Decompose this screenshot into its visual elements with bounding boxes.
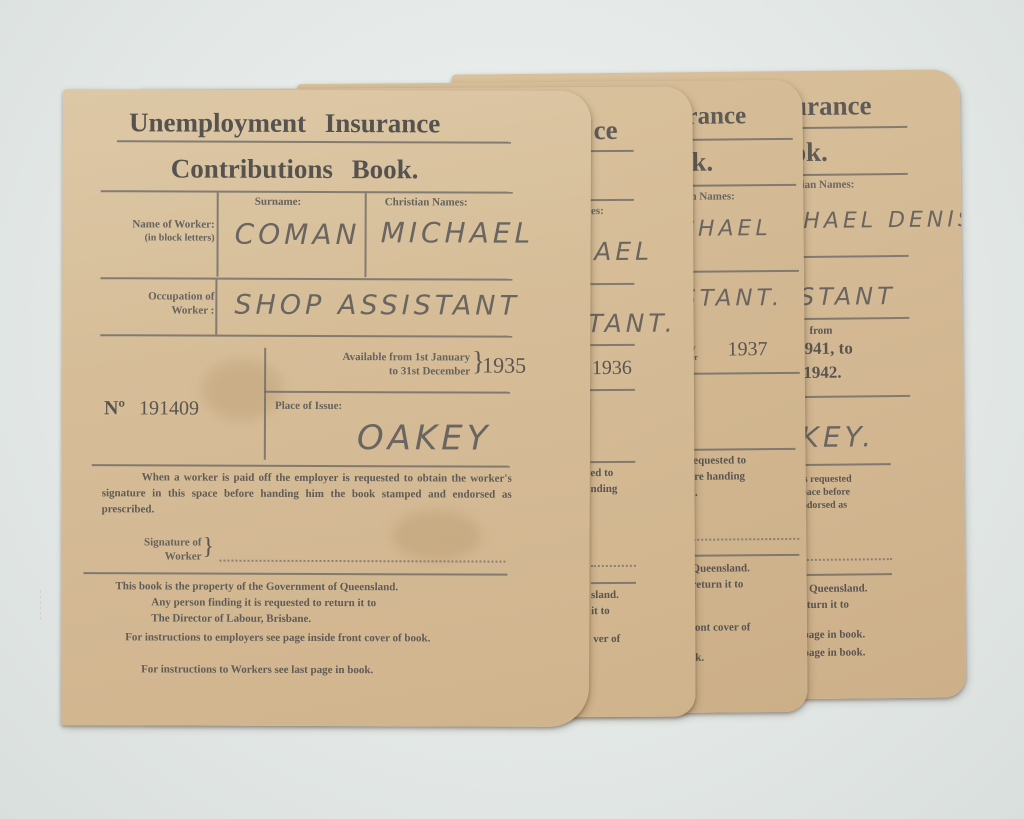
occupation-handwritten: TANT. (588, 309, 677, 338)
rule (685, 448, 795, 451)
rule (92, 464, 510, 467)
divider (216, 193, 218, 277)
available-year-fragment: 941, to (805, 338, 853, 359)
signature-line[interactable] (219, 560, 505, 563)
occupation-handwritten: STANT (799, 282, 896, 311)
title-fragment: ce (593, 115, 617, 146)
rule (790, 395, 910, 398)
rule (590, 344, 635, 346)
brace-icon: } (202, 534, 214, 561)
instructions-fragment: page in book. page in book. (803, 625, 866, 662)
notice-fragment: requested to ore handing d. (688, 452, 746, 501)
property-fragment: of Queensland. return it to (797, 580, 868, 613)
rule (792, 573, 892, 576)
notice-fragment: ed to nding (590, 465, 617, 497)
rule (590, 461, 635, 463)
rule (789, 317, 909, 320)
rule (100, 334, 512, 337)
rule (676, 184, 796, 187)
property-fragment: sland. it to (591, 587, 619, 619)
divider (264, 348, 266, 460)
available-fragment: from (809, 325, 832, 337)
place-of-issue-label: Place of Issue: (275, 400, 342, 412)
photo-scene: urance ok. tian Names: HAEL DENIS STANT … (0, 0, 1024, 819)
occupation-handwritten: SHOP ASSISTANT (234, 290, 520, 322)
rule (264, 391, 510, 394)
rule (589, 283, 634, 285)
year-1937: 1937 (727, 338, 767, 361)
rule (589, 150, 634, 152)
christian-names-handwritten: MICHAEL (381, 216, 535, 250)
signature-label: Signature of Worker (101, 535, 201, 563)
instructions-fragment: ver of (593, 633, 620, 645)
christian-names-handwritten: HAEL DENIS (803, 207, 966, 234)
property-fragment: Queensland. return it to (691, 560, 750, 593)
rule (101, 190, 513, 193)
title-line-2: Contributions Book. (171, 153, 419, 185)
title-line-1: Unemployment Insurance (129, 107, 440, 139)
year-1936: 1936 (592, 357, 632, 380)
divider (364, 193, 366, 277)
rule (591, 582, 636, 584)
contributions-book-1935: Unemployment Insurance Contributions Boo… (61, 89, 591, 727)
place-handwritten: KEY. (800, 420, 875, 454)
christian-names-label: Christian Names: (385, 196, 468, 208)
availability-label: Available from 1st January to 31st Decem… (272, 350, 470, 379)
employer-instructions: For instructions to employers see page i… (95, 629, 515, 646)
loose-binding-threads (40, 590, 59, 620)
rule (83, 572, 507, 575)
rule (787, 126, 907, 129)
rule (680, 372, 800, 375)
occupation-label: Occupation of Worker : (92, 289, 214, 317)
christian-names-label-fragment: es: (591, 205, 604, 217)
name-of-worker-label: Name of Worker: (in block letters) (93, 217, 215, 245)
divider (215, 280, 217, 335)
rule (791, 463, 891, 466)
title-fragment: urance (792, 90, 872, 122)
surname-label: Surname: (255, 196, 301, 208)
rule (679, 270, 799, 273)
title-rule (117, 140, 511, 143)
christian-names-label-fragment: tian Names: (798, 178, 855, 191)
signature-line (689, 538, 799, 541)
instructions-fragment: ont cover of k. (695, 612, 751, 672)
signature-line (591, 565, 636, 567)
surname-handwritten: COMAN (235, 218, 361, 251)
rule (100, 277, 512, 280)
rule (788, 173, 908, 176)
property-notice: This book is the property of the Governm… (115, 578, 515, 627)
notice-fragment: is requested pace before ndorsed as (801, 473, 852, 513)
serial-number: Nº191409 (104, 397, 199, 420)
rule (689, 554, 799, 557)
rule (789, 255, 909, 258)
rule (590, 389, 635, 391)
employer-notice: When a worker is paid off the employer i… (102, 469, 512, 518)
christian-names-handwritten: AEL (594, 237, 653, 266)
place-of-issue-handwritten: OAKEY (357, 418, 492, 458)
rule (589, 199, 634, 201)
signature-line (792, 558, 892, 561)
worker-instructions: For instructions to Workers see last pag… (141, 661, 521, 678)
water-stain (202, 360, 282, 420)
occupation-handwritten: STANT. (681, 285, 783, 312)
year-1935: 1935 (482, 353, 526, 379)
